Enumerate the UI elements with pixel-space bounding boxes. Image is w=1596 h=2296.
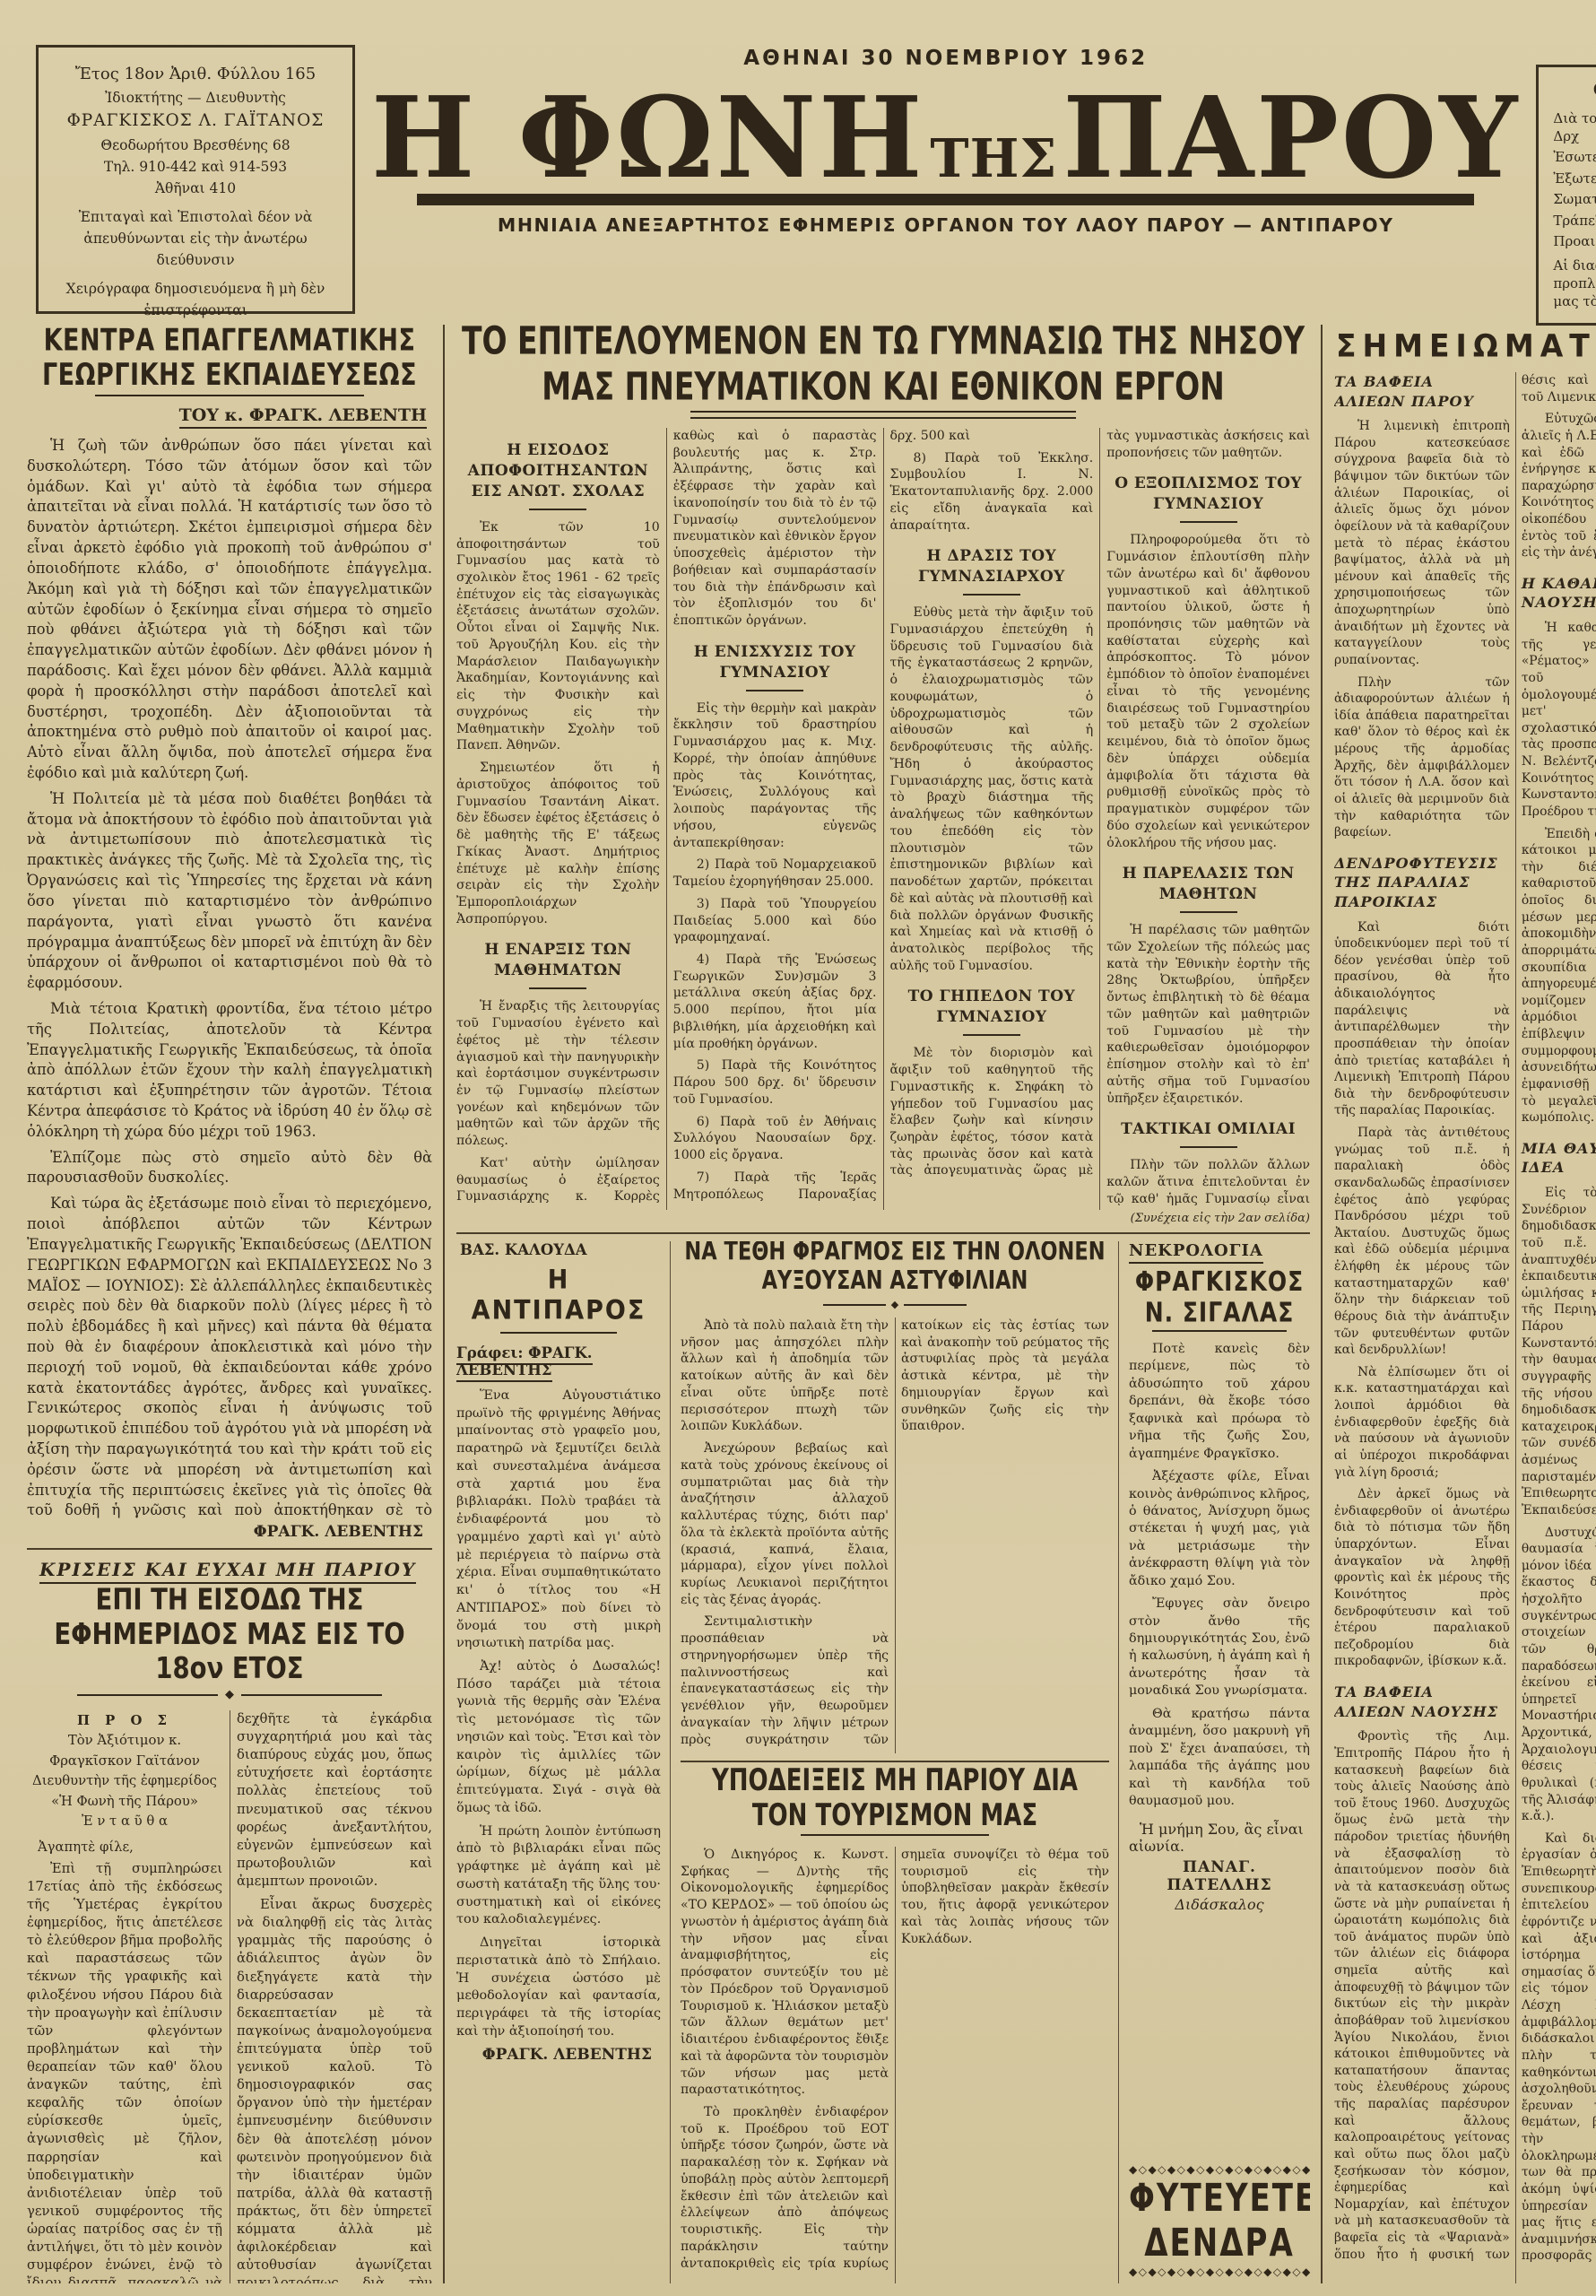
left-article-headline: ΚΕΝΤΡΑ ΕΠΑΓΓΕΛΜΑΤΙΚΗΣ ΓΕΩΡΓΙΚΗΣ ΕΚΠΑΙΔΕΥ… (27, 323, 432, 393)
paragraph: 2) Παρὰ τοῦ Νομαρχειακοῦ Ταμείου ἐχορηγή… (673, 857, 877, 890)
necrology-label: ΝΕΚΡΟΛΟΓΙΑ (1129, 1241, 1310, 1260)
astyfilia-headline: ΝΑ ΤΕΘΗ ΦΡΑΓΜΟΣ ΕΙΣ ΤΗΝ ΟΛΟΝΕΝ ΑΥΞΟΥΣΑΝ … (681, 1241, 1109, 1296)
section-subhead: ΔΕΝΔΡΟΦΥΤΕΥΣΙΣ ΤΗΣ ΠΑΡΑΛΙΑΣ ΠΑΡΟΙΚΙΑΣ (1334, 854, 1510, 912)
notes-body: ΤΑ ΒΑΦΕΙΑ ΑΛΙΕΩΝ ΠΑΡΟΥἩ λιμενικὴ ἐπιτροπ… (1334, 372, 1596, 2283)
letter-kicker: ΚΡΙΣΕΙΣ ΚΑΙ ΕΥΧΑΙ ΜΗ ΠΑΡΙΟΥ (39, 1559, 432, 1580)
headline-rule (801, 1834, 989, 1836)
antiparos-signature: ΦΡΑΓΚ. ΛΕΒΕΝΤΗΣ (456, 2046, 652, 2064)
section-subhead: ΤΑ ΒΑΦΕΙΑ ΑΛΙΕΩΝ ΠΑΡΟΥ (1334, 372, 1510, 411)
antiparos-body: Ἕνα Αὐγουστιάτικο πρωϊνὸ τῆς φριγμένης Ἀ… (456, 1387, 661, 2040)
notes-title: ΣΗΜΕΙΩΜΑΤΑ (1334, 327, 1596, 364)
paragraph: Νὰ ἐλπίσωμεν ὅτι οἱ κ.κ. καταστηματάρχαι… (1334, 1364, 1510, 1481)
subscription-label: Ἐξωτερικοῦ δολλάρια (1553, 170, 1596, 188)
title-part-3: ΠΑΡΟΥ (1063, 72, 1520, 204)
paragraph: 6) Παρὰ τοῦ ἐν Ἀθήναις Συλλόγου Ναουσαίω… (673, 1114, 877, 1164)
paragraph: Τὸν Ἀξιότιμον κ. (27, 1731, 222, 1750)
paragraph: Ἀπὸ τὰ πολὺ παλαιὰ ἔτη τὴν νῆσον μας ἀπη… (681, 1318, 889, 1435)
subscription-note: Αἱ διαφημίσεις κλπ. δημοσιεύσεις προπληρ… (1553, 257, 1596, 311)
headline-double-rule (690, 411, 1076, 419)
paragraph: Καὶ τώρα ἂς ἐξετάσωμε ποιὸ εἶναι τὸ περι… (27, 1194, 432, 1519)
section-subhead: ΤΑ ΒΑΦΕΙΑ ΑΛΙΕΩΝ ΝΑΟΥΣΗΣ (1334, 1683, 1510, 1721)
tourism-headline: ΥΠΟΔΕΙΞΕΙΣ ΜΗ ΠΑΡΙΟΥ ΔΙΑ ΤΟΝ ΤΟΥΡΙΣΜΟΝ Μ… (681, 1763, 1109, 1833)
paragraph: Θὰ κρατήσω πάντα ἀναμμένη, ὅσο μακρυνὴ γ… (1129, 1706, 1310, 1811)
ornament-rule: ◆ (823, 1299, 967, 1310)
paragraph: Δὲν ἀρκεῖ ὅμως νὰ ἐνδιαφερθοῦν οἱ ἀνωτέρ… (1334, 1486, 1510, 1670)
masthead-center: ΑΘΗΝΑΙ 30 ΝΟΕΜΒΡΙΟΥ 1962 Η ΦΩΝΗΤΗΣΠΑΡΟΥ … (371, 45, 1520, 314)
paragraph: Ἐπειδὴ ὅμως ὡρισμένοι κάτοικοι μὴ ἀναμέν… (1522, 826, 1596, 1126)
subscription-label: Σωματεῖα καὶ Κοινότητας δρ. (1553, 191, 1596, 209)
headline-rule (1152, 1330, 1287, 1332)
paragraph: Εὐτυχῶς διὰ τοὺς ἁλιεῖς ἡ Λ.Ε. δὲν παρέμ… (1522, 411, 1596, 561)
section-subhead: Η ΕΝΑΡΞΙΣ ΤΩΝ ΜΑΘΗΜΑΤΩΝ (456, 940, 660, 989)
title-part-1: Η ΦΩΝΗ (371, 72, 924, 204)
main-article-headline: ΤΟ ΕΠΙΤΕΛΟΥΜΕΝΟΝ ΕΝ ΤΩ ΓΥΜΝΑΣΙΩ ΤΗΣ ΝΗΣΟ… (456, 317, 1310, 408)
subscription-row: Προαιρετικὴ ἐτησία συνδρομὴ δρ.50 (1553, 233, 1596, 251)
paragraph: 4) Παρὰ τῆς Ἑνώσεως Γεωργικῶν Συν)σμῶν 3… (673, 952, 877, 1052)
necrology-signature-name: ΠΑΝΑΓ. ΠΑΤΕΛΛΗΣ (1129, 1858, 1310, 1894)
subscription-row: Σωματεῖα καὶ Κοινότητας δρ.150 (1553, 191, 1596, 209)
kalouda-signature: ΒΑΣ. ΚΑΛΟΥΔΑ (460, 1241, 661, 1258)
paragraph: Φραγκῖσκον Γαϊτάνον (27, 1752, 222, 1770)
paragraph: 3) Παρὰ τοῦ Ὑπουργείου Παιδείας 5.000 κα… (673, 896, 877, 946)
necrology-column: ΝΕΚΡΟΛΟΓΙΑ ΦΡΑΓΚΙΣΚΟΣ Ν. ΣΙΓΑΛΑΣ Ποτὲ κα… (1129, 1241, 1310, 2283)
subscription-row: Τράπεζαι Ἑταιρίαι, Ὀργανισμοὶ200 (1553, 213, 1596, 230)
paragraph: Σημειωτέον ὅτι ἡ ἀριστοῦχος ἀπόφοιτος το… (456, 760, 660, 927)
headline-rule (95, 395, 364, 396)
section-subhead: Η ΕΝΙΣΧΥΣΙΣ ΤΟΥ ΓΥΜΝΑΣΙΟΥ (673, 642, 877, 691)
notes-column: ΣΗΜΕΙΩΜΑΤΑ ΤΑ ΒΑΦΕΙΑ ΑΛΙΕΩΝ ΠΑΡΟΥἩ λιμεν… (1334, 325, 1596, 2283)
paragraph: Ποτὲ κανεὶς δὲν περίμενε, πὼς τὸ ἀδυσώπη… (1129, 1341, 1310, 1463)
left-column: ΚΕΝΤΡΑ ΕΠΑΓΓΕΛΜΑΤΙΚΗΣ ΓΕΩΡΓΙΚΗΣ ΕΚΠΑΙΔΕΥ… (27, 325, 445, 2283)
paragraph: Ἡ πρώτη λοιπὸν ἐντύπωση ἀπὸ τὸ βιβλιαράκ… (456, 1823, 661, 1929)
subscription-box: ΟΡΟΙ ΣΥΝΔΡΟΜΗΤΩΝ Διὰ τοὺς διαμένοντας ἐν… (1536, 65, 1596, 326)
subscription-label: Τράπεζαι Ἑταιρίαι, Ὀργανισμοὶ (1553, 213, 1596, 230)
letter-salutation: Ἀγαπητὲ φίλε, (27, 1839, 222, 1857)
paragraph: Καὶ διότι ὑποδεικνύομεν περὶ τοῦ τί δέον… (1334, 919, 1510, 1120)
diamond-ornament-row: ◆◇◆◇◆◇◆◇◆◇◆◇◆◇◆◇◆◇◆◇◆◇◆◇◆◇◆◇◆ (1129, 2163, 1310, 2176)
newspaper-subtitle: ΜΗΝΙΑΙΑ ΑΝΕΞΑΡΤΗΤΟΣ ΕΦΗΜΕΡΙΣ ΟΡΓΑΝΟΝ ΤΟΥ… (498, 214, 1394, 236)
paragraph: Ἡ παρέλασις τῶν μαθητῶν τῶν Σχολείων τῆς… (1106, 922, 1310, 1107)
phones: Τηλ. 910-442 καὶ 914-593 (48, 156, 343, 178)
section-subhead: ΜΙΑ ΘΑΥΜΑΣΙΑ ΙΔΕΑ (1522, 1139, 1596, 1178)
dateline: ΑΘΗΝΑΙ 30 ΝΟΕΜΒΡΙΟΥ 1962 (743, 47, 1148, 70)
section-subhead: Ο ΕΞΟΠΛΙΣΜΟΣ ΤΟΥ ΓΥΜΝΑΣΙΟΥ (1106, 474, 1310, 523)
necrology-headline: ΦΡΑΓΚΙΣΚΟΣ Ν. ΣΙΓΑΛΑΣ (1129, 1265, 1310, 1328)
letter-headline: ΕΠΙ ΤΗ ΕΙΣΟΔΩ ΤΗΣ ΕΦΗΜΕΡΙΔΟΣ ΜΑΣ ΕΙΣ ΤΟ … (27, 1582, 432, 1685)
plant-trees-box: ◆◇◆◇◆◇◆◇◆◇◆◇◆◇◆◇◆◇◆◇◆◇◆◇◆◇◆◇◆ ΦΥΤΕΥΕΤΕ Δ… (1129, 2160, 1310, 2283)
paragraph: Ἀνεχώρουν βεβαίως καὶ κατὰ τοὺς χρόνους … (681, 1440, 889, 1608)
address: Θεοδωρήτου Βρεσθένης 68 (48, 135, 343, 156)
section-subhead: ΤΟ ΓΗΠΕΔΟΝ ΤΟΥ ΓΥΜΝΑΣΙΟΥ (890, 987, 1094, 1036)
astyfilia-body: Ἀπὸ τὰ πολὺ παλαιὰ ἔτη τὴν νῆσον μας ἀπη… (681, 1318, 1109, 1753)
letter-section: ΚΡΙΣΕΙΣ ΚΑΙ ΕΥΧΑΙ ΜΗ ΠΑΡΙΟΥ ΕΠΙ ΤΗ ΕΙΣΟΔ… (27, 1548, 432, 2283)
paragraph: Διηγεῖται ἱστορικὰ περιστατικὰ ἀπὸ τὸ Σπ… (456, 1935, 661, 2040)
paragraph: Ἡ λιμενικὴ ἐπιτροπὴ Πάρου κατεσκεύασε σύ… (1334, 418, 1510, 668)
main-article-body: Η ΕΙΣΟΔΟΣ ΑΠΟΦΟΙΤΗΣΑΝΤΩΝ ΕΙΣ ΑΝΩΤ. ΣΧΟΛΑ… (456, 428, 1310, 1210)
paragraph: 8) Παρὰ τοῦ Ἐκκλησ. Συμβουλίου Ι. Ν. Ἑκα… (890, 450, 1094, 535)
city-code: Ἀθῆναι 410 (48, 178, 343, 199)
paragraph: Ἀξέχαστε φίλε, Εἶναι κοινὸς ἀνθρώπινος κ… (1129, 1468, 1310, 1590)
subscription-label: Διὰ τοὺς διαμένοντας ἐν Πάρῳ ἐτησία Δρχ (1553, 110, 1596, 145)
paragraph: Ἡ καθαριότης κάτωθι τῆς γεφύρας τοῦ «Ρέμ… (1522, 620, 1596, 821)
paragraph: Εὐθὺς μετὰ τὴν ἄφιξιν τοῦ Γυμνασιάρχου ἐ… (890, 604, 1094, 974)
letter-address: Τὸν Ἀξιότιμον κ.Φραγκῖσκον ΓαϊτάνονΔιευθ… (27, 1731, 222, 1831)
section-subhead: Η ΚΑΘΑΡΙΟΤΗΣ ΝΑΟΥΣΗΣ (1522, 574, 1596, 613)
left-article-signature: ΦΡΑΓΚ. ΛΕΒΕΝΤΗΣ (27, 1523, 423, 1541)
letter-body: Π Ρ Ο Σ Τὸν Ἀξιότιμον κ.Φραγκῖσκον Γαϊτά… (27, 1710, 432, 2283)
section-subhead: Η ΕΙΣΟΔΟΣ ΑΠΟΦΟΙΤΗΣΑΝΤΩΝ ΕΙΣ ΑΝΩΤ. ΣΧΟΛΑ… (456, 440, 660, 510)
tourism-section: ΥΠΟΔΕΙΞΕΙΣ ΜΗ ΠΑΡΙΟΥ ΔΙΑ ΤΟΝ ΤΟΥΡΙΣΜΟΝ Μ… (681, 1761, 1109, 2283)
tourism-body: Ὁ Δικηγόρος κ. Κωνστ. Σφήκας — Δ)ντὴς τῆ… (681, 1847, 1109, 2283)
paragraph: Ἐλπίζομε πὼς στὸ σημεῖο αὐτὸ δὲν θὰ παρο… (27, 1148, 432, 1189)
paragraph: Καὶ διότι τὴν ὅλην ἐργασίαν ὁ πεφωτισμέν… (1522, 1831, 1596, 2265)
left-article-byline: ΤΟΥ κ. ΦΡΑΓΚ. ΛΕΒΕΝΤΗ (27, 405, 427, 425)
paragraph: 5) Παρὰ τῆς Κοινότητος Πάρου 500 δρχ. δι… (673, 1057, 877, 1108)
paragraph: Ἔφυγες σὰν ὄνειρο στὸν ἄνθο τῆς δημιουργ… (1129, 1596, 1310, 1700)
antiparos-column: ΒΑΣ. ΚΑΛΟΥΔΑ Η ΑΝΤΙΠΑΡΟΣ Γράφει: ΦΡΑΓΚ. … (456, 1241, 671, 2283)
subscription-row: Διὰ τοὺς διαμένοντας ἐν Πάρῳ ἐτησία Δρχ3… (1553, 110, 1596, 145)
antiparos-headline: Η ΑΝΤΙΠΑΡΟΣ (456, 1265, 661, 1326)
left-article-body: Ἡ ζωὴ τῶν ἀνθρώπων ὅσο πάει γίνεται καὶ … (27, 436, 432, 1519)
paragraph: Δυστυχῶς καὶ ἐδῶ ἡ θαυμασία ἰδέα παρέμει… (1522, 1525, 1596, 1825)
page-body: ΚΕΝΤΡΑ ΕΠΑΓΓΕΛΜΑΤΙΚΗΣ ΓΕΩΡΓΙΚΗΣ ΕΚΠΑΙΔΕΥ… (27, 325, 1569, 2283)
paragraph: Πληροφορούμεθα ὅτι τὸ Γυμνάσιον ἐπλουτίσ… (1106, 532, 1310, 851)
paragraph: Μιὰ τέτοια Κρατικὴ φροντίδα, ἕνα τέτοιο … (27, 999, 432, 1143)
paragraph: Πλὴν τῶν ἀδιαφορούντων ἁλιέων ἡ ἰδία ἀπά… (1334, 674, 1510, 841)
paragraph: Ἡ ἔναρξις τῆς λειτουργίας τοῦ Γυμνασίου … (456, 998, 660, 1150)
subscription-label: Ἐσωτερικοῦ » » (1553, 149, 1596, 167)
paragraph: Ἐ ν τ α ῦ θ α (27, 1812, 222, 1831)
owner-label: Ἰδιοκτήτης — Διευθυντὴς (48, 87, 343, 109)
lower-center-band: ΒΑΣ. ΚΑΛΟΥΔΑ Η ΑΝΤΙΠΑΡΟΣ Γράφει: ΦΡΑΓΚ. … (456, 1232, 1310, 2283)
section-subhead: Η ΠΑΡΕΛΑΣΙΣ ΤΩΝ ΜΑΘΗΤΩΝ (1106, 864, 1310, 913)
paragraph: Ἡ ζωὴ τῶν ἀνθρώπων ὅσο πάει γίνεται καὶ … (27, 436, 432, 784)
headline-rule (500, 1332, 617, 1334)
subscription-row: Ἐσωτερικοῦ » »40 (1553, 149, 1596, 167)
subscription-label: Προαιρετικὴ ἐτησία συνδρομὴ δρ. (1553, 233, 1596, 251)
middle-column: ΝΑ ΤΕΘΗ ΦΡΑΓΜΟΣ ΕΙΣ ΤΗΝ ΟΛΟΝΕΝ ΑΥΞΟΥΣΑΝ … (681, 1241, 1119, 2283)
publisher-info-box: Ἔτος 18ον Ἀριθ. Φύλλου 165 Ἰδιοκτήτης — … (36, 45, 355, 314)
subscription-row: Ἐξωτερικοῦ δολλάρια10 (1553, 170, 1596, 188)
paragraph: «Ἡ Φωνὴ τῆς Πάρου» (27, 1792, 222, 1811)
paragraph: Ἕνα Αὐγουστιάτικο πρωϊνὸ τῆς φριγμένης Ἀ… (456, 1387, 661, 1653)
newspaper-title: Η ΦΩΝΗΤΗΣΠΑΡΟΥ (371, 82, 1520, 193)
ornament-rule: ◆ (77, 1688, 382, 1701)
notes-header: ΣΗΜΕΙΩΜΑΤΑ (1334, 328, 1596, 363)
paragraph: Εἰς τὸ ἐν Ναούσῃ Συνέδριον τῶν δημοδιδασ… (1522, 1185, 1596, 1519)
paragraph: Ἀχ! αὐτὸς ὁ Δωσαλώς! Πόσο ταράζει μιὰ τέ… (456, 1658, 661, 1818)
necrology-body: Ποτὲ κανεὶς δὲν περίμενε, πὼς τὸ ἀδυσώπη… (1129, 1341, 1310, 1815)
newspaper-front-page: Ἔτος 18ον Ἀριθ. Φύλλου 165 Ἰδιοκτήτης — … (0, 0, 1596, 2296)
section-subhead: Η ΔΡΑΣΙΣ ΤΟΥ ΓΥΜΝΑΣΙΑΡΧΟΥ (890, 546, 1094, 596)
diamond-ornament-row: ◆◇◆◇◆◇◆◇◆◇◆◇◆◇◆◇◆◇◆◇◆◇◆◇◆◇◆◇◆ (1129, 2266, 1310, 2278)
section-subhead: ΤΑΚΤΙΚΑΙ ΟΜΙΛΙΑΙ (1106, 1119, 1310, 1148)
letter-address-to: Π Ρ Ο Σ (27, 1711, 222, 1730)
correspondence-note: Ἐπιταγαὶ καὶ Ἐπιστολαὶ δέον νὰ ἀπευθύνων… (48, 206, 343, 271)
manuscripts-note: Χειρόγραφα δημοσιευόμενα ἢ μὴ δὲν ἐπιστρ… (48, 278, 343, 321)
paragraph: Εἰς τὴν θερμὴν καὶ μακρὰν ἔκκλησιν τοῦ δ… (673, 700, 877, 852)
necrology-closing: Ἡ μνήμη Σου, ἂς εἶναι αἰωνία. (1129, 1821, 1310, 1855)
plant-trees-label: ΦΥΤΕΥΕΤΕ ΔΕΝΔΡΑ (1129, 2176, 1310, 2266)
paragraph: Διευθυντὴν τῆς ἐφημερίδος (27, 1771, 222, 1790)
necrology-signature-role: Διδάσκαλος (1129, 1896, 1310, 1913)
paragraph: Ἡ Πολιτεία μὲ τὰ μέσα ποὺ διαθέτει βοηθά… (27, 789, 432, 994)
subscription-title: ΟΡΟΙ ΣΥΝΔΡΟΜΗΤΩΝ (1553, 80, 1596, 100)
center-column: ΤΟ ΕΠΙΤΕΛΟΥΜΕΝΟΝ ΕΝ ΤΩ ΓΥΜΝΑΣΙΩ ΤΗΣ ΝΗΣΟ… (456, 325, 1323, 2283)
continuation-note: (Συνέχεια εἰς τὴν 2αν σελίδα) (456, 1212, 1310, 1225)
title-part-2: ΤΗΣ (924, 127, 1063, 189)
owner-name: ΦΡΑΓΚΙΣΚΟΣ Λ. ΓΑΪΤΑΝΟΣ (48, 109, 343, 135)
masthead: Ἔτος 18ον Ἀριθ. Φύλλου 165 Ἰδιοκτήτης — … (36, 45, 1560, 314)
paragraph: Παρὰ τὰς ἀντιθέτους γνώμας τοῦ π.ἔ. ἡ πα… (1334, 1125, 1510, 1359)
antiparos-byline: Γράφει: ΦΡΑΓΚ. ΛΕΒΕΝΤΗΣ (456, 1344, 661, 1378)
paragraph: Ἐκ τῶν 10 ἀποφοιτησάντων τοῦ Γυμνασίου μ… (456, 519, 660, 754)
issue-number: Ἔτος 18ον Ἀριθ. Φύλλου 165 (48, 62, 343, 87)
paragraph: Ὁ Δικηγόρος κ. Κωνστ. Σφήκας — Δ)ντὴς τῆ… (681, 1847, 889, 2099)
